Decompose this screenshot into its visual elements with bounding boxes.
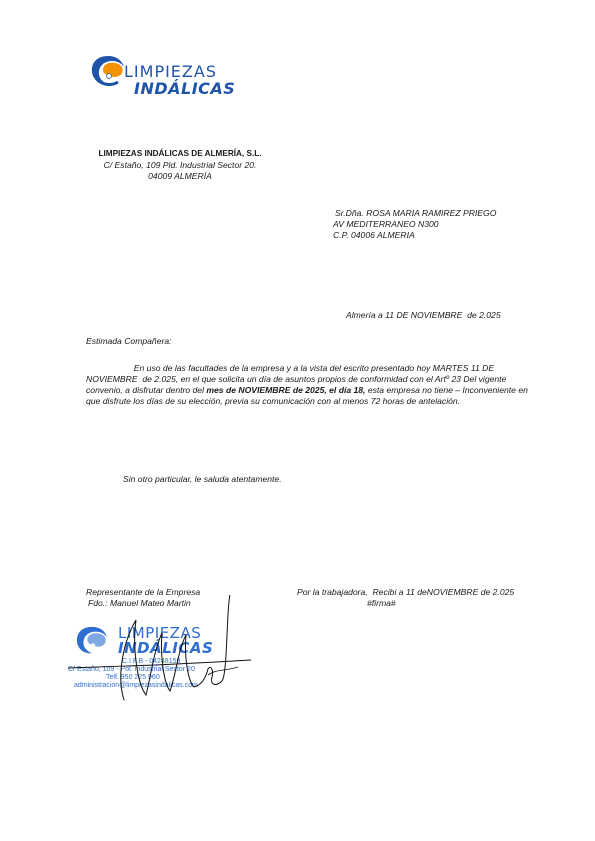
recipient-name: Sr.Dña. ROSA MARIA RAMIREZ PRIEGO (333, 208, 496, 219)
body-indent (86, 363, 134, 373)
employee-signature-placeholder: #firma# (297, 598, 514, 609)
recipient-address: Sr.Dña. ROSA MARIA RAMIREZ PRIEGO AV MED… (333, 208, 496, 241)
recipient-street: AV MEDITERRANEO N300 (333, 219, 496, 230)
logo-emblem-icon (90, 54, 126, 86)
letter-closing: Sin otro particular, le saluda atentamen… (123, 474, 282, 485)
employee-signature-block: Por la trabajadora, Recibi a 11 deNOVIEM… (297, 587, 514, 609)
letter-body: En uso de las facultades de la empresa y… (86, 363, 541, 407)
recipient-postal: C.P. 04006 ALMERIA (333, 230, 496, 241)
company-logo: LIMPIEZAS INDÁLICAS (90, 52, 240, 104)
letter-date: Almería a 11 DE NOVIEMBRE de 2.025 (346, 310, 501, 321)
logo-text-line2: INDÁLICAS (134, 79, 235, 98)
letter-greeting: Estimada Compañera: (86, 336, 172, 347)
employee-receipt-label: Por la trabajadora, Recibi a 11 deNOVIEM… (297, 587, 514, 598)
handwritten-signature-icon (66, 595, 261, 705)
sender-company-name: LIMPIEZAS INDÁLICAS DE ALMERÍA, S.L. (70, 149, 290, 160)
company-stamp: LIMPIEZAS INDÁLICAS C.I.F.B - 04248159 C… (66, 615, 256, 715)
sender-address-line2: 04009 ALMERÍA (70, 171, 290, 182)
body-highlight-date: mes de NOVIEMBRE de 2025, el día 18, (206, 385, 365, 395)
sender-address-line1: C/ Estaño, 109 Pld. Industrial Sector 20… (70, 160, 290, 171)
sender-address: LIMPIEZAS INDÁLICAS DE ALMERÍA, S.L. C/ … (70, 149, 290, 182)
